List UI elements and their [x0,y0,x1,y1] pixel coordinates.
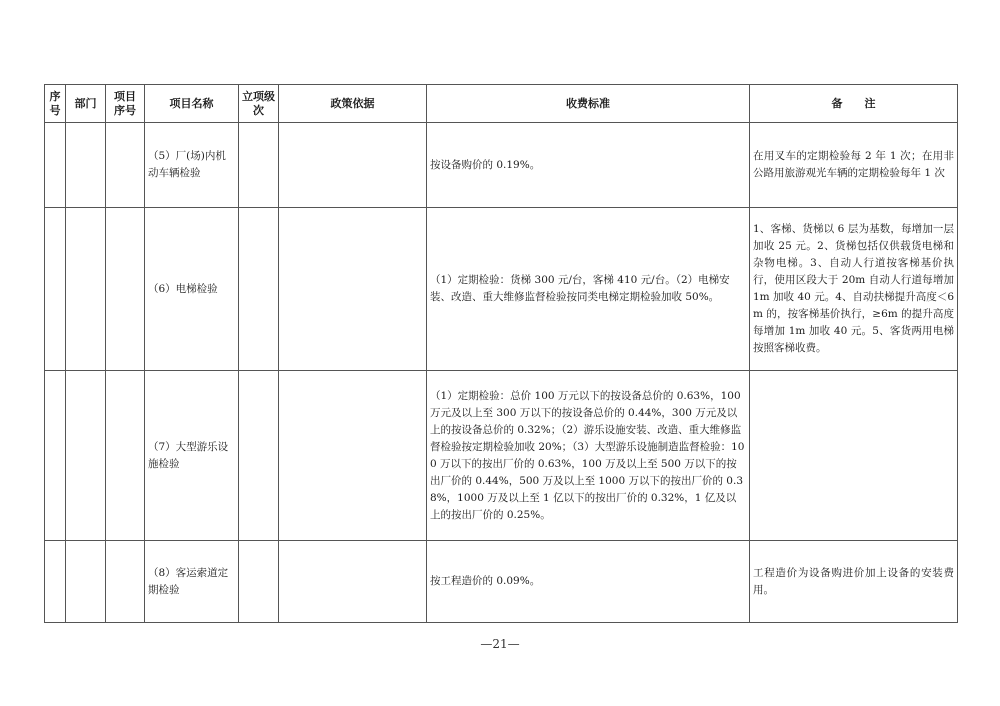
cell-item-name: （6）电梯检验 [145,208,239,371]
cell-seq [45,371,66,541]
cell-remarks [750,371,958,541]
cell-policy [279,208,427,371]
cell-level [239,208,279,371]
cell-seq [45,541,66,623]
cell-item-name: （7）大型游乐设施检验 [145,371,239,541]
cell-item-name: （5）厂(场)内机动车辆检验 [145,123,239,208]
cell-item-seq [106,541,145,623]
header-fee-standard: 收费标准 [427,85,750,123]
cell-level [239,371,279,541]
cell-fee-standard: （1）定期检验：总价 100 万元以下的按设备总价的 0.63%，100 万元及… [427,371,750,541]
cell-dept [66,123,106,208]
cell-fee-standard: 按工程造价的 0.09%。 [427,541,750,623]
cell-item-seq [106,371,145,541]
cell-item-seq [106,123,145,208]
cell-policy [279,371,427,541]
cell-fee-standard: （1）定期检验：货梯 300 元/台，客梯 410 元/台。（2）电梯安装、改造… [427,208,750,371]
cell-seq [45,208,66,371]
table-row: （5）厂(场)内机动车辆检验 按设备购价的 0.19%。 在用叉车的定期检验每 … [45,123,958,208]
fee-standards-table: 序号 部门 项目序号 项目名称 立项级次 政策依据 收费标准 备 注 （5）厂(… [44,84,958,623]
header-level: 立项级次 [239,85,279,123]
page-number: —21— [0,637,1000,651]
cell-dept [66,208,106,371]
cell-remarks: 在用叉车的定期检验每 2 年 1 次；在用非公路用旅游观光车辆的定期检验每年 1… [750,123,958,208]
cell-remarks: 工程造价为设备购进价加上设备的安装费用。 [750,541,958,623]
header-seq: 序号 [45,85,66,123]
cell-dept [66,541,106,623]
cell-remarks: 1、客梯、货梯以 6 层为基数，每增加一层加收 25 元。2、货梯包括仅供载货电… [750,208,958,371]
cell-policy [279,123,427,208]
header-item-seq: 项目序号 [106,85,145,123]
header-policy: 政策依据 [279,85,427,123]
header-item-name: 项目名称 [145,85,239,123]
table-row: （8）客运索道定期检验 按工程造价的 0.09%。 工程造价为设备购进价加上设备… [45,541,958,623]
cell-seq [45,123,66,208]
cell-policy [279,541,427,623]
cell-level [239,123,279,208]
cell-level [239,541,279,623]
cell-fee-standard: 按设备购价的 0.19%。 [427,123,750,208]
cell-item-seq [106,208,145,371]
table-row: （6）电梯检验 （1）定期检验：货梯 300 元/台，客梯 410 元/台。（2… [45,208,958,371]
header-remarks: 备 注 [750,85,958,123]
table-header-row: 序号 部门 项目序号 项目名称 立项级次 政策依据 收费标准 备 注 [45,85,958,123]
cell-item-name: （8）客运索道定期检验 [145,541,239,623]
table-row: （7）大型游乐设施检验 （1）定期检验：总价 100 万元以下的按设备总价的 0… [45,371,958,541]
cell-dept [66,371,106,541]
header-dept: 部门 [66,85,106,123]
